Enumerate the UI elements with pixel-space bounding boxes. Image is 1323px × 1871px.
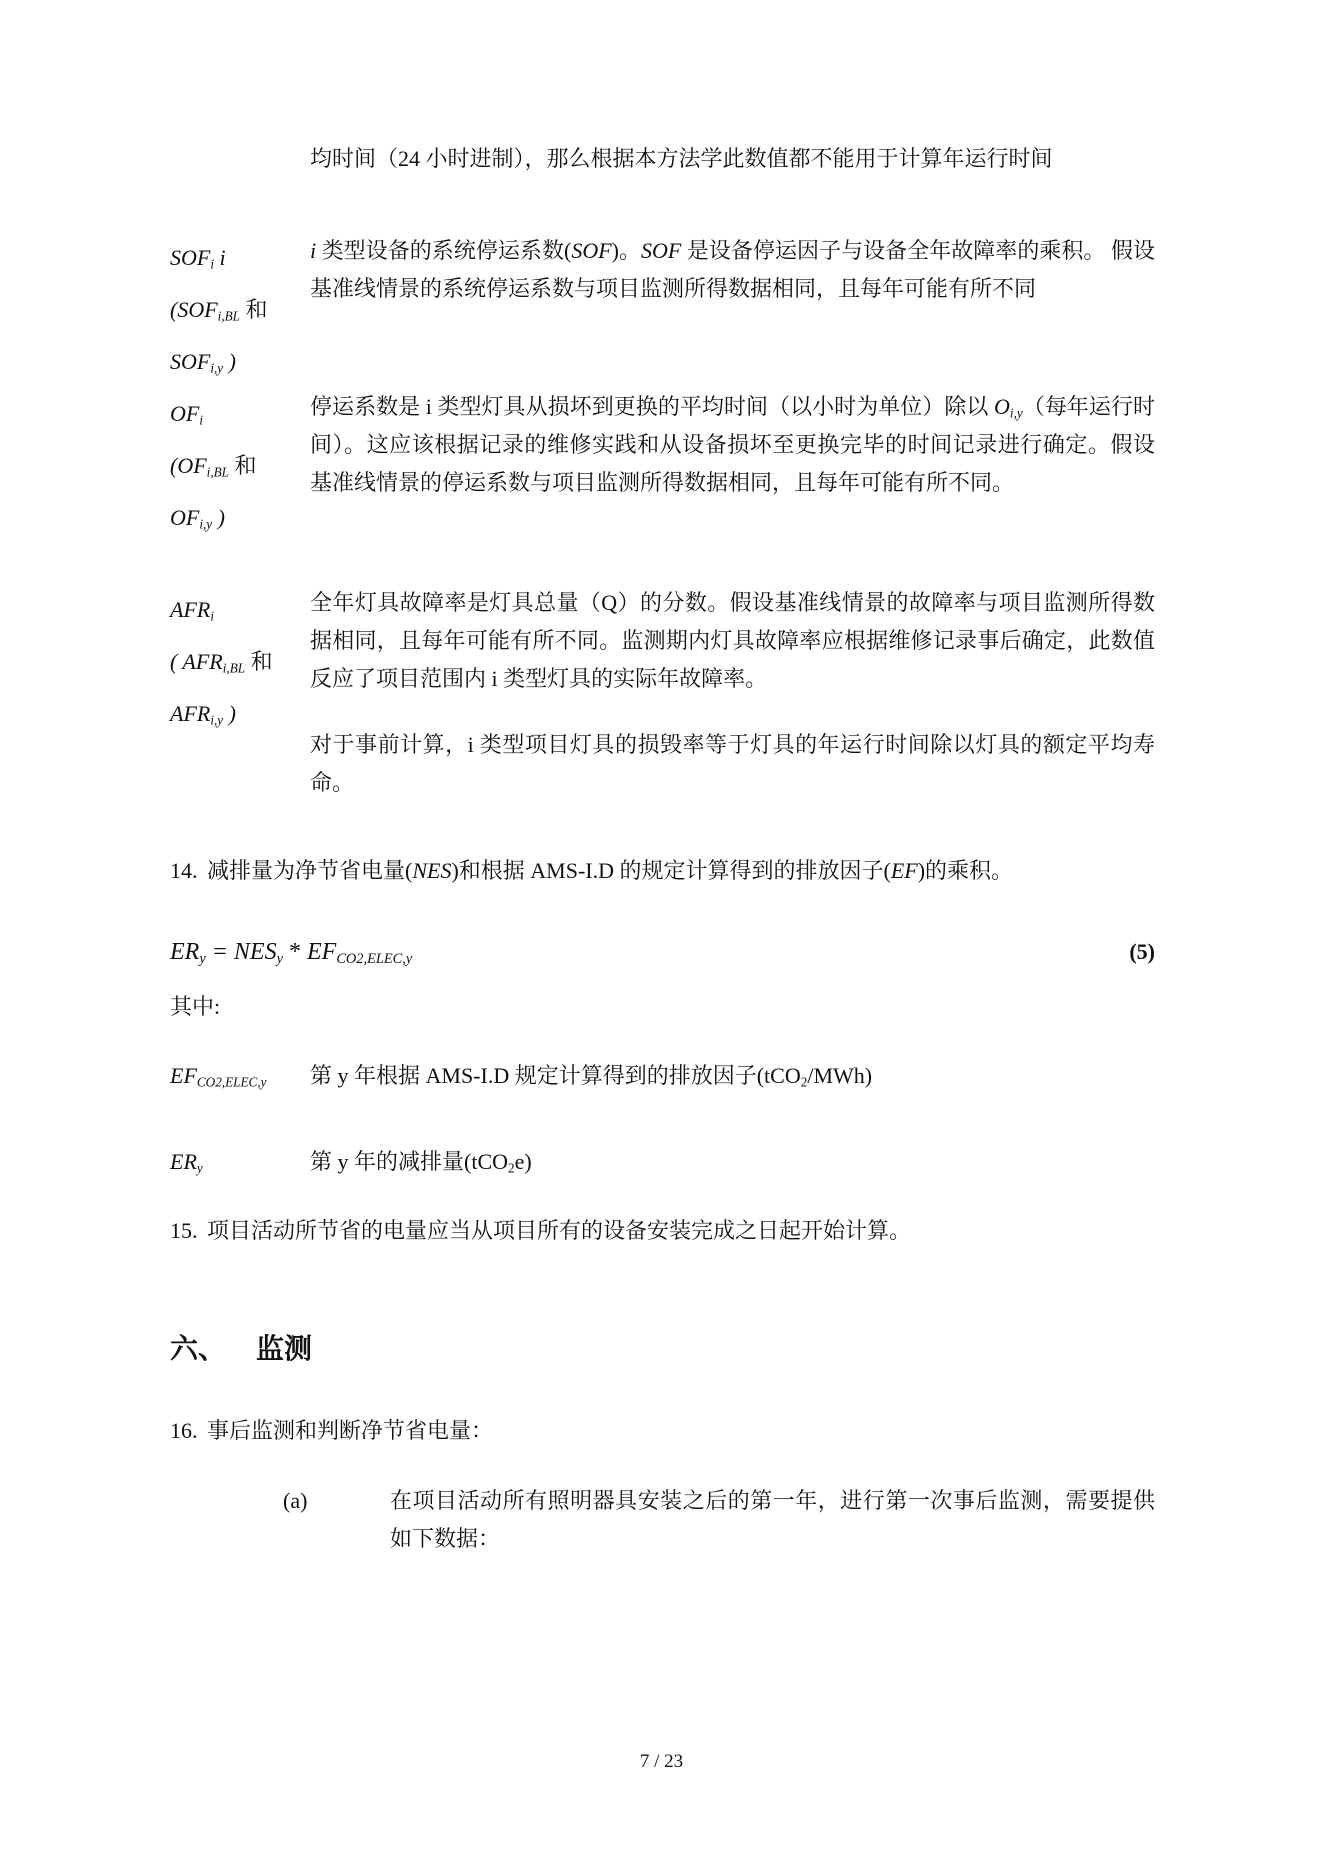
desc-er: 第 y 年的减排量(tCO2e) <box>310 1140 1155 1184</box>
desc-afr: 全年灯具故障率是灯具总量（Q）的分数。假设基准线情景的故障率与项目监测所得数据相… <box>310 584 1155 802</box>
page-number-footer: 7 / 23 <box>0 1750 1323 1774</box>
section-heading-title: 监测 <box>256 1334 312 1365</box>
term-of-line-3: OFi,y ) <box>170 492 310 544</box>
numbered-item-14: 14. 减排量为净节省电量(NES)和根据 AMS-I.D 的规定计算得到的排放… <box>170 852 1155 890</box>
term-of: OFi (OFi,BL 和 OFi,y ) <box>170 388 310 544</box>
term-sof-line-1: SOFi i <box>170 232 310 284</box>
equation-5: ERy = NESy * EFCO2,ELEC,y (5) <box>170 930 1155 974</box>
item-16-number: 16. <box>170 1412 207 1450</box>
desc-afr-paragraph-2: 对于事前计算，i 类型项目灯具的损毁率等于灯具的年运行时间除以灯具的额定平均寿命… <box>310 726 1155 802</box>
equation-5-formula: ERy = NESy * EFCO2,ELEC,y <box>170 930 412 974</box>
definition-row-ef: EFCO2,ELEC,y 第 y 年根据 AMS-I.D 规定计算得到的排放因子… <box>170 1054 1155 1098</box>
term-afr-line-2: ( AFRi,BL 和 <box>170 636 310 688</box>
term-ef: EFCO2,ELEC,y <box>170 1054 310 1098</box>
numbered-item-16: 16. 事后监测和判断净节省电量： <box>170 1412 1155 1450</box>
term-afr: AFRi ( AFRi,BL 和 AFRi,y ) <box>170 584 310 740</box>
item-16-text: 事后监测和判断净节省电量： <box>207 1412 1155 1450</box>
term-of-line-1: OFi <box>170 388 310 440</box>
desc-sof-paragraph: i 类型设备的系统停运系数(SOF)。SOF 是设备停运因子与设备全年故障率的乘… <box>310 232 1155 308</box>
intro-paragraph: 均时间（24 小时进制），那么根据本方法学此数值都不能用于计算年运行时间 <box>310 140 1155 178</box>
equation-5-number: (5) <box>1129 930 1155 974</box>
desc-sof: i 类型设备的系统停运系数(SOF)。SOF 是设备停运因子与设备全年故障率的乘… <box>310 232 1155 308</box>
term-of-line-2: (OFi,BL 和 <box>170 440 310 492</box>
definition-row-of: OFi (OFi,BL 和 OFi,y ) 停运系数是 i 类型灯具从损坏到更换… <box>170 388 1155 544</box>
section-heading-number: 六、 <box>170 1334 226 1365</box>
term-sof: SOFi i (SOFi,BL 和 SOFi,y ) <box>170 232 310 388</box>
where-label: 其中: <box>170 988 1155 1026</box>
definition-row-afr: AFRi ( AFRi,BL 和 AFRi,y ) 全年灯具故障率是灯具总量（Q… <box>170 584 1155 802</box>
desc-of: 停运系数是 i 类型灯具从损坏到更换的平均时间（以小时为单位）除以 Oi,y（每… <box>310 388 1155 502</box>
item-15-text: 项目活动所节省的电量应当从项目所有的设备安装完成之日起开始计算。 <box>207 1212 1155 1250</box>
numbered-item-15: 15. 项目活动所节省的电量应当从项目所有的设备安装完成之日起开始计算。 <box>170 1212 1155 1250</box>
definition-row-sof: SOFi i (SOFi,BL 和 SOFi,y ) i 类型设备的系统停运系数… <box>170 232 1155 388</box>
definition-row-er: ERy 第 y 年的减排量(tCO2e) <box>170 1140 1155 1184</box>
section-heading-monitoring: 六、监测 <box>170 1328 1155 1372</box>
term-afr-line-1: AFRi <box>170 584 310 636</box>
term-sof-line-3: SOFi,y ) <box>170 336 310 388</box>
desc-afr-paragraph-1: 全年灯具故障率是灯具总量（Q）的分数。假设基准线情景的故障率与项目监测所得数据相… <box>310 584 1155 698</box>
item-15-number: 15. <box>170 1212 207 1250</box>
page-content: 均时间（24 小时进制），那么根据本方法学此数值都不能用于计算年运行时间 SOF… <box>170 140 1155 1558</box>
desc-of-paragraph: 停运系数是 i 类型灯具从损坏到更换的平均时间（以小时为单位）除以 Oi,y（每… <box>310 388 1155 502</box>
term-sof-line-2: (SOFi,BL 和 <box>170 284 310 336</box>
sub-item-a-marker: (a) <box>283 1482 390 1520</box>
term-er: ERy <box>170 1140 310 1184</box>
sub-item-a: (a) 在项目活动所有照明器具安装之后的第一年，进行第一次事后监测，需要提供如下… <box>283 1482 1155 1558</box>
desc-ef: 第 y 年根据 AMS-I.D 规定计算得到的排放因子(tCO2/MWh) <box>310 1054 1155 1098</box>
item-14-number: 14. <box>170 852 207 890</box>
document-page: 均时间（24 小时进制），那么根据本方法学此数值都不能用于计算年运行时间 SOF… <box>0 0 1323 1871</box>
sub-item-a-text: 在项目活动所有照明器具安装之后的第一年，进行第一次事后监测，需要提供如下数据： <box>390 1482 1155 1558</box>
term-afr-line-3: AFRi,y ) <box>170 688 310 740</box>
item-14-text: 减排量为净节省电量(NES)和根据 AMS-I.D 的规定计算得到的排放因子(E… <box>207 852 1155 890</box>
